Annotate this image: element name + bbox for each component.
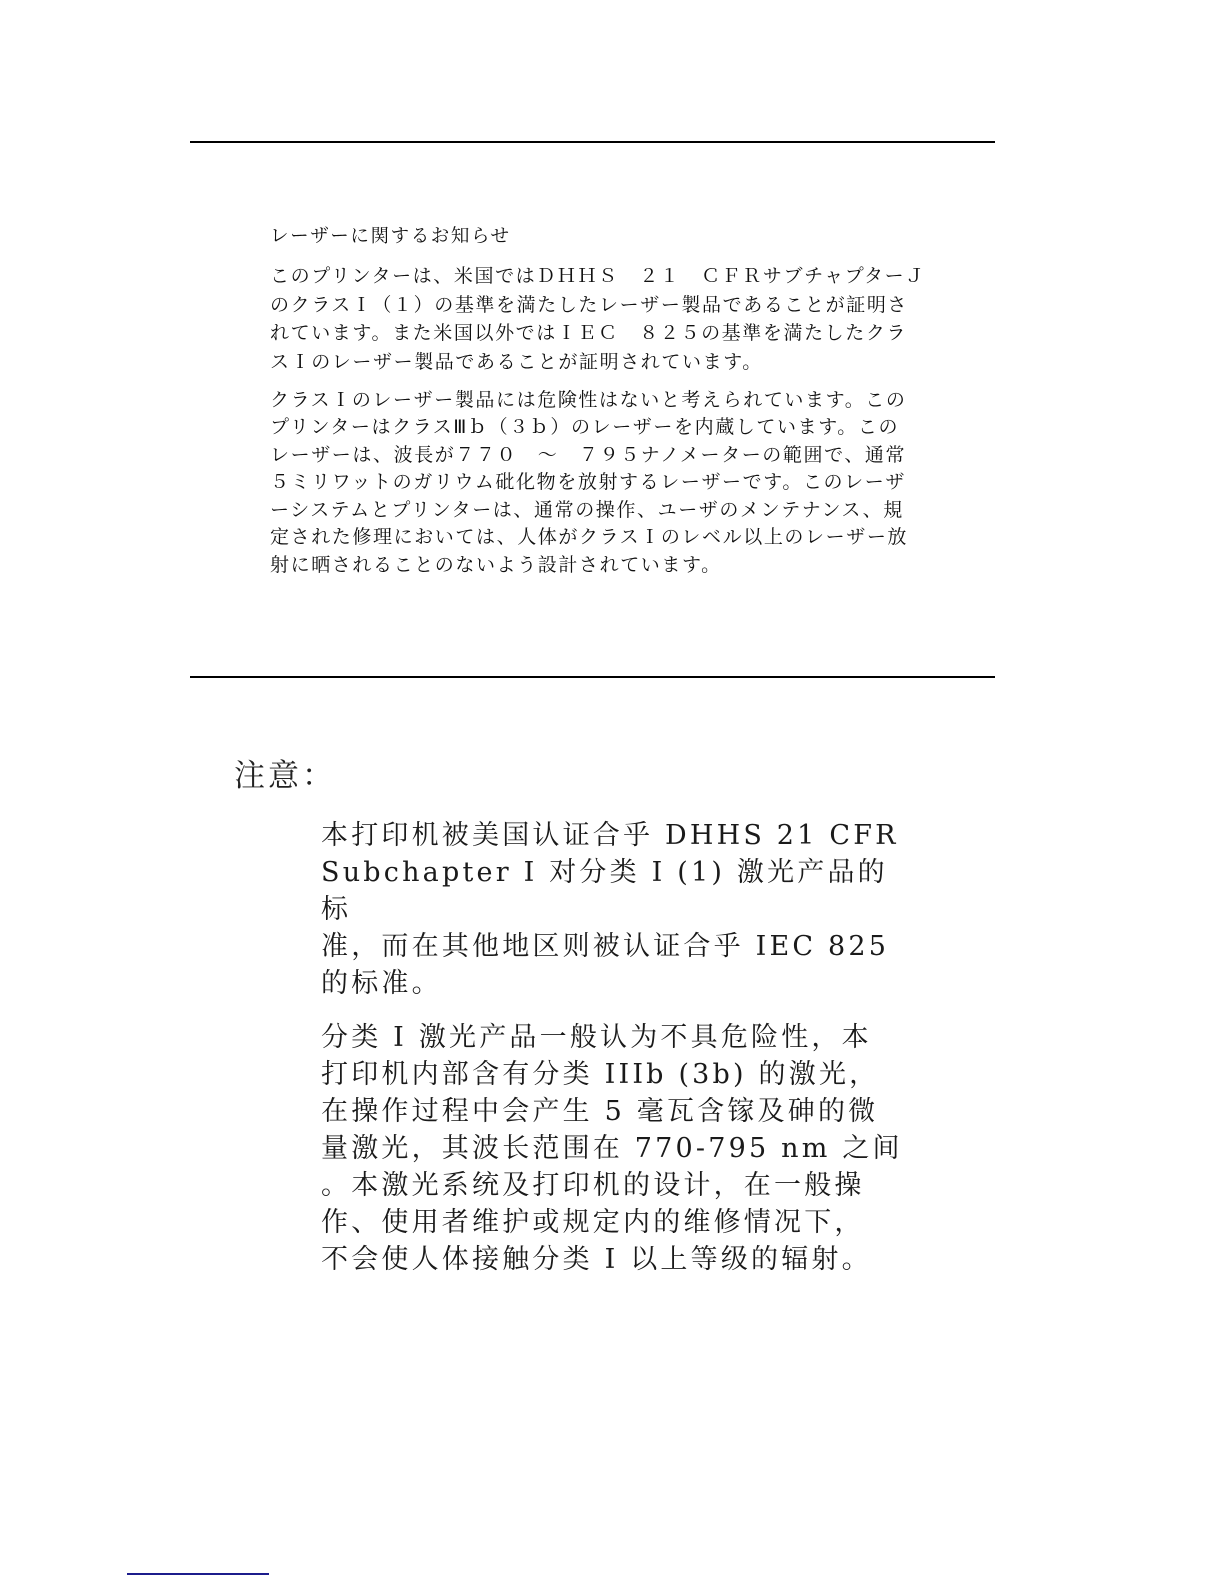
chinese-notice-paragraph-1: 本打印机被美国认证合乎 DHHS 21 CFR Subchapter I 对分类…	[321, 817, 911, 1002]
top-horizontal-rule	[190, 141, 995, 143]
footer-underline	[127, 1573, 269, 1575]
japanese-notice-title: レーザーに関するお知らせ	[270, 226, 950, 248]
middle-horizontal-rule	[190, 676, 995, 678]
japanese-notice-paragraph-2: クラスＩのレーザー製品には危険性はないと考えられています。この プリンターはクラ…	[270, 387, 950, 580]
japanese-laser-notice: レーザーに関するお知らせ このプリンターは、米国ではＤＨＨＳ ２１ ＣＦＲサブチ…	[270, 226, 950, 589]
chinese-laser-notice: 本打印机被美国认证合乎 DHHS 21 CFR Subchapter I 对分类…	[321, 817, 911, 1295]
chinese-notice-paragraph-2: 分类 I 激光产品一般认为不具危险性，本 打印机内部含有分类 IIIb (3b)…	[321, 1019, 911, 1278]
japanese-notice-paragraph-1: このプリンターは、米国ではＤＨＨＳ ２１ ＣＦＲサブチャプターＪ のクラスＩ（１…	[270, 262, 950, 377]
chinese-notice-heading: 注意：	[234, 750, 336, 795]
